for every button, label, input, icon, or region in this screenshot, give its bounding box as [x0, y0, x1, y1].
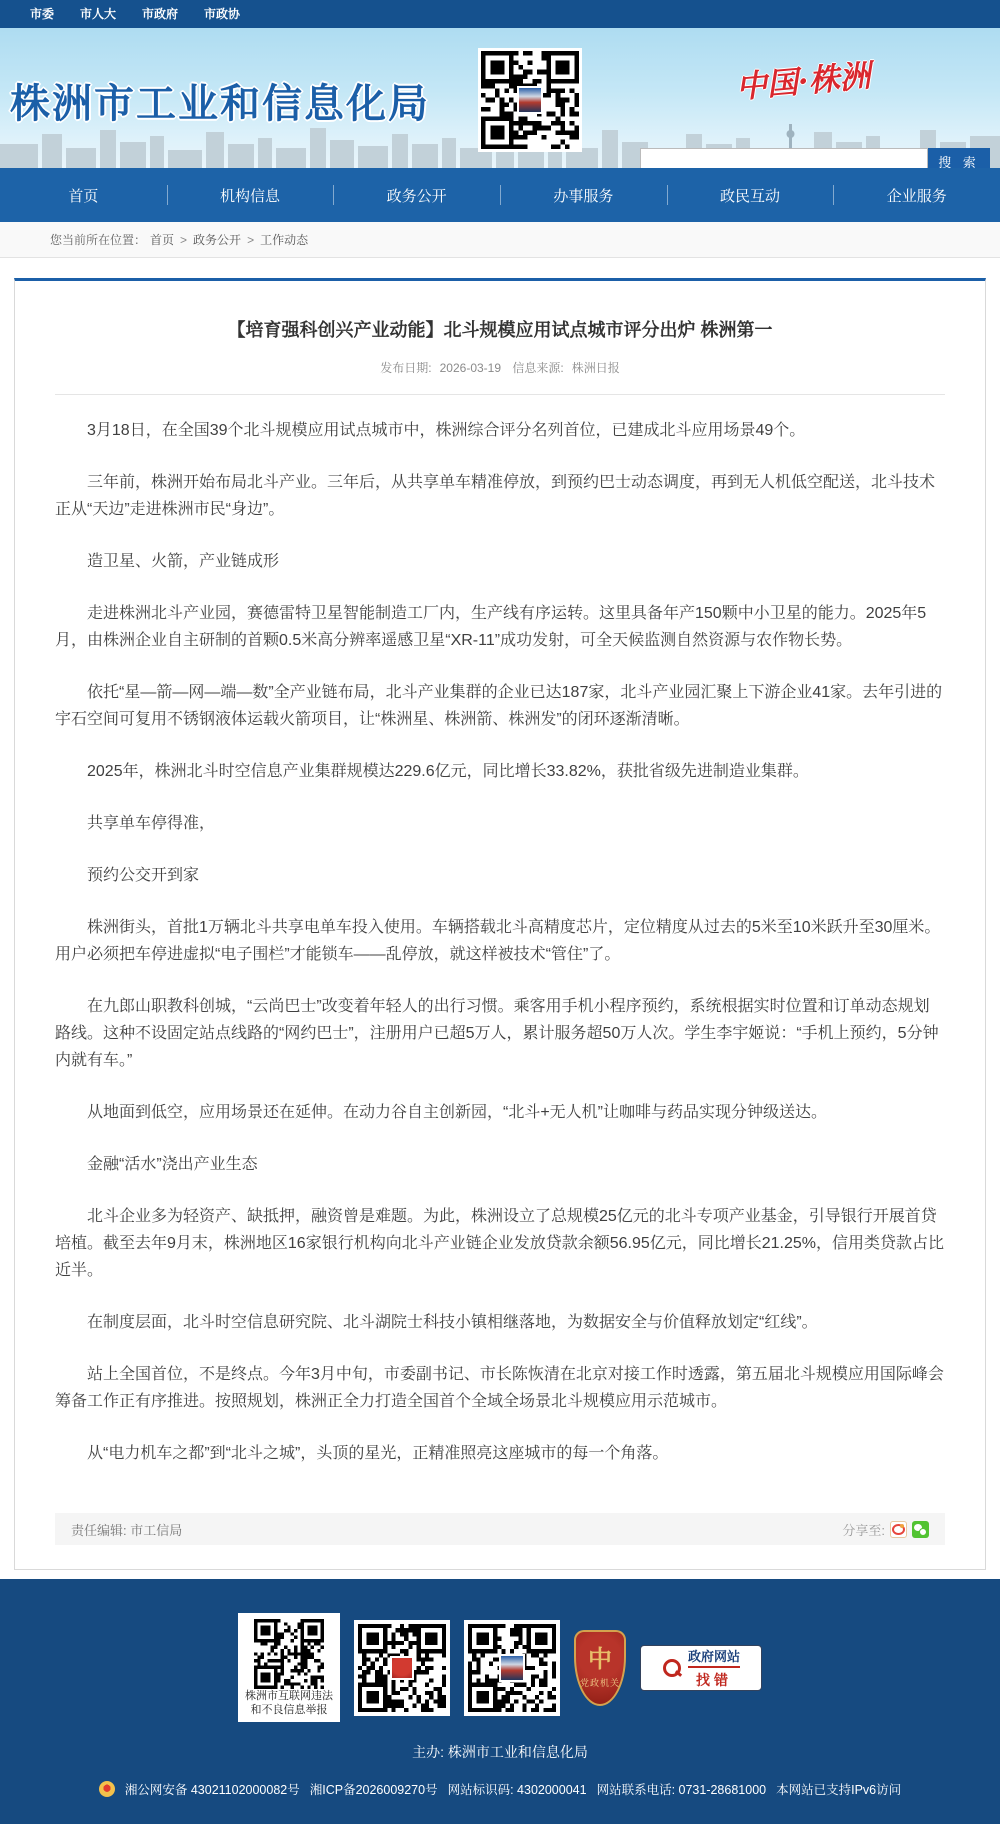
- share-area: 分享至:: [842, 1520, 929, 1539]
- article-paragraph: 2025年，株洲北斗时空信息产业集群规模达229.6亿元，同比增长33.82%，…: [55, 758, 945, 785]
- publish-date-label: 发布日期:: [380, 361, 431, 375]
- topbar-link[interactable]: 市政协: [204, 7, 240, 21]
- article-paragraph: 在制度层面，北斗时空信息研究院、北斗湖院士科技小镇相继落地，为数据安全与价值释放…: [55, 1309, 945, 1336]
- article-paragraph: 从地面到低空，应用场景还在延伸。在动力谷自主创新园，“北斗+无人机”让咖啡与药品…: [55, 1099, 945, 1126]
- article-paragraph: 3月18日，在全国39个北斗规模应用试点城市中，株洲综合评分名列首位，已建成北斗…: [55, 417, 945, 444]
- article-title: 【培育强科创兴产业动能】北斗规模应用试点城市评分出炉 株洲第一: [15, 281, 985, 343]
- icp-item: 湘ICP备2026009270号: [310, 1780, 438, 1798]
- mobile-site-qr: [464, 1620, 560, 1716]
- search-button[interactable]: 搜 索: [928, 148, 990, 168]
- public-security-badge-icon: [99, 1781, 115, 1797]
- topbar-link[interactable]: 市政府: [142, 7, 178, 21]
- topbar-link[interactable]: 市人大: [80, 7, 116, 21]
- site-error-line1: 政府网站: [688, 1646, 740, 1668]
- nav-item[interactable]: 政务公开: [333, 168, 500, 222]
- breadcrumb-separator: >: [180, 233, 187, 247]
- page-footer: 株洲市互联网违法 和不良信息举报 中 党政机关 政府网站 找错: [0, 1579, 1000, 1824]
- header-qr-code: [478, 48, 582, 152]
- share-label: 分享至:: [842, 1520, 885, 1539]
- topbar: 市委市人大市政府市政协: [0, 0, 1000, 28]
- main-nav: 首页机构信息政务公开办事服务政民互动企业服务: [0, 168, 1000, 222]
- article-paragraph: 株洲街头，首批1万辆北斗共享电单车投入使用。车辆搭载北斗高精度芯片，定位精度从过…: [55, 914, 945, 968]
- qr-center-logo: [390, 1656, 414, 1680]
- content-area: 【培育强科创兴产业动能】北斗规模应用试点城市评分出炉 株洲第一 发布日期:202…: [0, 258, 1000, 1579]
- breadcrumb-separator: >: [247, 233, 254, 247]
- breadcrumb-items: 首页>政务公开>工作动态: [150, 231, 308, 248]
- icp-item: 湘公网安备 43021102000082号: [125, 1780, 300, 1798]
- qr-center-logo: [499, 1654, 525, 1682]
- icp-item: 网站标识码: 4302000041: [448, 1780, 587, 1798]
- source-value: 株洲日报: [572, 361, 620, 375]
- qr-center-logo: [517, 86, 543, 114]
- illegal-report-qr-card: 株洲市互联网违法 和不良信息举报: [238, 1613, 340, 1722]
- weibo-icon[interactable]: [890, 1521, 907, 1538]
- breadcrumb-link[interactable]: 政务公开: [193, 233, 241, 247]
- magnifier-icon: [662, 1658, 682, 1678]
- search-input[interactable]: [640, 148, 928, 168]
- site-title: 株洲市工业和信息化局: [10, 72, 430, 129]
- wechat-official-qr: [354, 1620, 450, 1716]
- icp-item: 本网站已支持IPv6访问: [776, 1780, 901, 1798]
- article-paragraph: 从“电力机车之都”到“北斗之城”，头顶的星光，正精准照亮这座城市的每一个角落。: [55, 1440, 945, 1467]
- article-paragraph: 造卫星、火箭，产业链成形: [55, 548, 945, 575]
- breadcrumb-link[interactable]: 工作动态: [260, 233, 308, 247]
- report-card-line2: 和不良信息举报: [242, 1703, 336, 1717]
- editor-bar: 责任编辑: 市工信局 分享至:: [55, 1513, 945, 1545]
- badge-symbol: 中: [588, 1646, 612, 1672]
- china-zhuzhou-logo: 中国·株洲: [716, 49, 889, 109]
- nav-item[interactable]: 首页: [0, 168, 167, 222]
- site-error-line2: 找错: [696, 1670, 732, 1690]
- nav-item[interactable]: 企业服务: [833, 168, 1000, 222]
- organizer-line: 主办: 株洲市工业和信息化局: [0, 1742, 1000, 1762]
- topbar-link[interactable]: 市委: [30, 7, 54, 21]
- article-paragraph: 北斗企业多为轻资产、缺抵押，融资曾是难题。为此，株洲设立了总规模25亿元的北斗专…: [55, 1203, 945, 1284]
- article-paragraph: 在九郎山职教科创城，“云尚巴士”改变着年轻人的出行习惯。乘客用手机小程序预约，系…: [55, 993, 945, 1074]
- topbar-links: 市委市人大市政府市政协: [30, 5, 266, 23]
- site-error-report-badge[interactable]: 政府网站 找错: [640, 1645, 762, 1691]
- article-paragraph: 站上全国首位，不是终点。今年3月中旬，市委副书记、市长陈恢清在北京对接工作时透露…: [55, 1361, 945, 1415]
- nav-item[interactable]: 办事服务: [500, 168, 667, 222]
- badge-label: 党政机关: [580, 1676, 620, 1689]
- publish-date: 2026-03-19: [440, 361, 501, 375]
- header-banner: 株洲市工业和信息化局 中国·株洲 搜 索: [0, 28, 1000, 168]
- breadcrumb-link[interactable]: 首页: [150, 233, 174, 247]
- organizer-label: 主办:: [412, 1744, 444, 1760]
- search-bar: 搜 索: [640, 148, 990, 168]
- editor-info: 责任编辑: 市工信局: [71, 1520, 182, 1539]
- breadcrumb: 您当前所在位置： 首页>政务公开>工作动态: [0, 222, 1000, 258]
- nav-item[interactable]: 机构信息: [167, 168, 334, 222]
- article-meta: 发布日期:2026-03-19 信息来源:株洲日报: [15, 359, 985, 376]
- organizer-value: 株洲市工业和信息化局: [448, 1744, 588, 1760]
- article-paragraph: 三年前，株洲开始布局北斗产业。三年后，从共享单车精准停放，到预约巴士动态调度，再…: [55, 469, 945, 523]
- icp-line: 湘公网安备 43021102000082号湘ICP备2026009270号网站标…: [0, 1780, 1000, 1798]
- wechat-icon[interactable]: [912, 1521, 929, 1538]
- report-card-line1: 株洲市互联网违法: [242, 1689, 336, 1703]
- article-paragraph: 预约公交开到家: [55, 862, 945, 889]
- article-body: 3月18日，在全国39个北斗规模应用试点城市中，株洲综合评分名列首位，已建成北斗…: [15, 395, 985, 1467]
- source-label: 信息来源:: [512, 361, 563, 375]
- article-card: 【培育强科创兴产业动能】北斗规模应用试点城市评分出炉 株洲第一 发布日期:202…: [14, 278, 986, 1570]
- party-government-badge[interactable]: 中 党政机关: [574, 1630, 626, 1706]
- page: 市委市人大市政府市政协: [0, 0, 1000, 1824]
- editor-value: 市工信局: [130, 1523, 182, 1538]
- footer-badges: 株洲市互联网违法 和不良信息举报 中 党政机关 政府网站 找错: [0, 1613, 1000, 1722]
- nav-item[interactable]: 政民互动: [667, 168, 834, 222]
- qr-pattern: [254, 1619, 324, 1689]
- article-paragraph: 金融“活水”浇出产业生态: [55, 1151, 945, 1178]
- article-paragraph: 依托“星—箭—网—端—数”全产业链布局，北斗产业集群的企业已达187家，北斗产业…: [55, 679, 945, 733]
- article-paragraph: 走进株洲北斗产业园，赛德雷特卫星智能制造工厂内，生产线有序运转。这里具备年产15…: [55, 600, 945, 654]
- editor-label: 责任编辑:: [71, 1523, 127, 1538]
- article-paragraph: 共享单车停得准，: [55, 810, 945, 837]
- breadcrumb-prefix: 您当前所在位置：: [50, 231, 146, 248]
- icp-item: 网站联系电话: 0731-28681000: [597, 1780, 767, 1798]
